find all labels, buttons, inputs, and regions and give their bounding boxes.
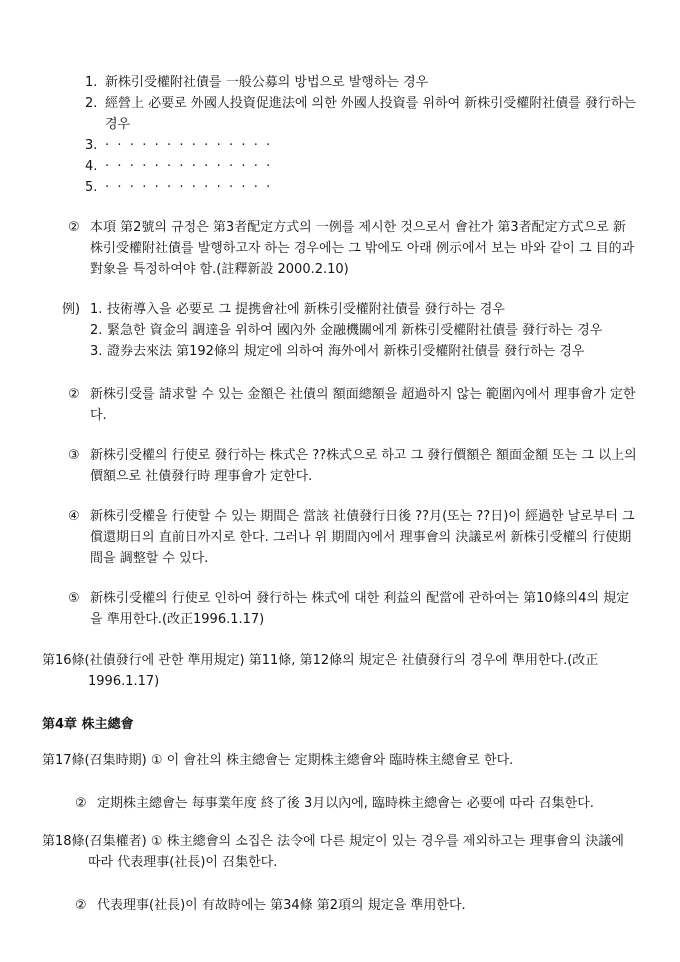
clause-paragraph: ③ 新株引受權의 行使로 發行하는 株式은 ??株式으로 하고 그 發行價額은 … (68, 445, 638, 487)
list-item-marker: 3. (85, 135, 105, 156)
clause-text: 新株引受權의 行使로 發行하는 株式은 ??株式으로 하고 그 發行價額은 額面… (90, 445, 638, 487)
list-item: 3. · · · · · · · · · · · · · · (85, 135, 638, 156)
paragraph-text: 本項 第2號의 규정은 第3者配定方式의 一例를 제시한 것으로서 會社가 第3… (90, 217, 638, 280)
example-item-text: 技術導入을 必要로 그 提携會社에 新株引受權附社債를 發行하는 경우 (107, 299, 638, 320)
clause-text: 新株引受權을 行使할 수 있는 期間은 當該 社債發行日後 ??月(또는 ??日… (90, 506, 638, 569)
example-item-marker: 1. (90, 299, 107, 320)
example-block: 例) 1. 技術導入을 必要로 그 提携會社에 新株引受權附社債를 發行하는 경… (62, 299, 638, 362)
clause-text: 新株引受權의 行使로 인하여 發行하는 株式에 대한 利益의 配當에 관하여는 … (90, 588, 638, 630)
clause-paragraph: ② 新株引受를 請求할 수 있는 金額은 社債의 額面總額을 超過하지 않는 範… (68, 384, 638, 426)
example-item: 3. 證券去來法 第192條의 規定에 의하여 海外에서 新株引受權附社債를 發… (62, 341, 638, 362)
clause-marker: ⑤ (68, 588, 90, 609)
article-16: 第16條(社債發行에 관한 準用規定) 第11條, 第12條의 規定은 社債發行… (42, 650, 638, 692)
example-item: 2. 緊急한 資金의 調達을 위하여 國內外 金融機關에게 新株引受權附社債를 … (62, 320, 638, 341)
list-item-marker: 2. (85, 93, 105, 114)
clause-marker: ② (68, 384, 90, 405)
clause-marker: ④ (68, 506, 90, 527)
example-item-text: 證券去來法 第192條의 規定에 의하여 海外에서 新株引受權附社債를 發行하는… (107, 341, 638, 362)
paragraph-note: ② 本項 第2號의 규정은 第3者配定方式의 一例를 제시한 것으로서 會社가 … (68, 217, 638, 280)
list-item-text: · · · · · · · · · · · · · · (105, 135, 638, 156)
numbered-list: 1. 新株引受權附社債를 一般公募의 방법으로 발행하는 경우 2. 經營上 必… (85, 72, 638, 198)
clause-text: 新株引受를 請求할 수 있는 金額은 社債의 額面總額을 超過하지 않는 範圍內… (90, 384, 638, 426)
list-item-text: 新株引受權附社債를 一般公募의 방법으로 발행하는 경우 (105, 72, 638, 93)
example-item-marker: 3. (90, 341, 107, 362)
clause-text: 代表理事(社長)이 有故時에는 第34條 第2項의 規定을 準用한다. (97, 895, 638, 916)
list-item: 4. · · · · · · · · · · · · · · (85, 156, 638, 177)
article-17: 第17條(召集時期) ① 이 會社의 株主總會는 定期株主總會와 臨時株主總會로… (42, 750, 638, 771)
clause-paragraph: ⑤ 新株引受權의 行使로 인하여 發行하는 株式에 대한 利益의 配當에 관하여… (68, 588, 638, 630)
list-item: 5. · · · · · · · · · · · · · · (85, 177, 638, 198)
list-item-text: · · · · · · · · · · · · · · (105, 177, 638, 198)
example-item: 例) 1. 技術導入을 必要로 그 提携會社에 新株引受權附社債를 發行하는 경… (62, 299, 638, 320)
article-18: 第18條(召集權者) ① 株主總會의 소집은 法令에 다른 規定이 있는 경우를… (42, 831, 638, 873)
list-item-marker: 5. (85, 177, 105, 198)
example-label: 例) (62, 299, 90, 320)
clause-marker: ② (75, 793, 97, 814)
list-item-text: 經營上 必要로 外國人投資促進法에 의한 外國人投資를 위하여 新株引受權附社債… (105, 93, 638, 135)
example-item-marker: 2. (90, 320, 107, 341)
article-18-paragraph-2: ② 代表理事(社長)이 有故時에는 第34條 第2項의 規定을 準用한다. (75, 895, 638, 916)
example-item-text: 緊急한 資金의 調達을 위하여 國內外 金融機關에게 新株引受權附社債를 發行하… (107, 320, 638, 341)
clause-paragraph: ④ 新株引受權을 行使할 수 있는 期間은 當該 社債發行日後 ??月(또는 ?… (68, 506, 638, 569)
list-item: 2. 經營上 必要로 外國人投資促進法에 의한 外國人投資를 위하여 新株引受權… (85, 93, 638, 135)
list-item: 1. 新株引受權附社債를 一般公募의 방법으로 발행하는 경우 (85, 72, 638, 93)
list-item-marker: 1. (85, 72, 105, 93)
list-item-text: · · · · · · · · · · · · · · (105, 156, 638, 177)
paragraph-marker: ② (68, 217, 90, 238)
article-17-paragraph-2: ② 定期株主總會는 每事業年度 終了後 3月以內에, 臨時株主總會는 必要에 따… (75, 793, 638, 814)
document-page: 1. 新株引受權附社債를 一般公募의 방법으로 발행하는 경우 2. 經營上 必… (0, 0, 680, 962)
clause-text: 定期株主總會는 每事業年度 終了後 3月以內에, 臨時株主總會는 必要에 따라 … (97, 793, 638, 814)
list-item-marker: 4. (85, 156, 105, 177)
clause-marker: ② (75, 895, 97, 916)
clause-marker: ③ (68, 445, 90, 466)
chapter-4-heading: 第4章 株主總會 (42, 714, 638, 735)
